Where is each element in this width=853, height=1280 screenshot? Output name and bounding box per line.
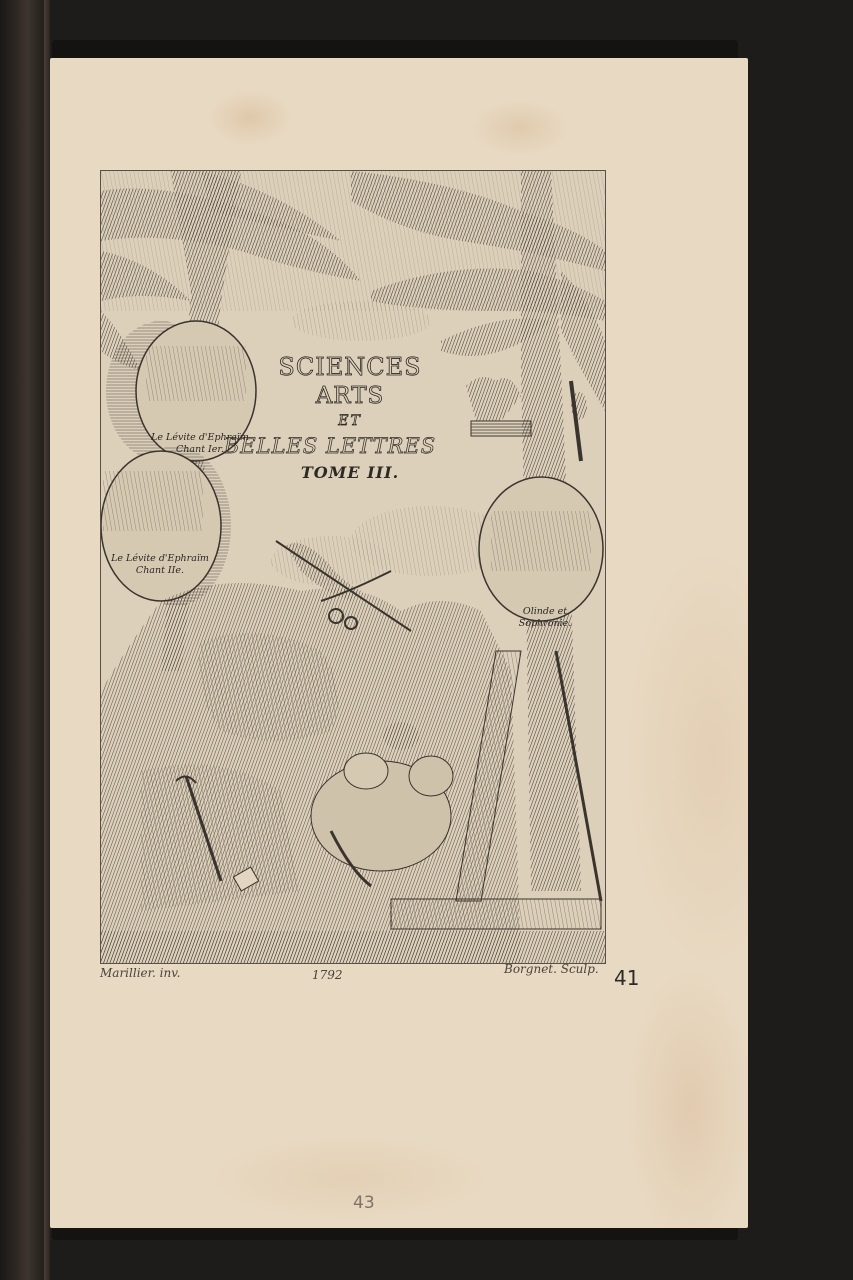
publication-year: 1792 [312,968,343,982]
medallion-olinde-sophronie [479,477,603,621]
medallion-3-title: Olinde et [495,606,595,618]
medallion-1-title: Le Lévite d'Ephraïm [140,432,260,444]
title-arts: ARTS [240,382,460,410]
title-et: ET [240,410,460,432]
book-spine [0,0,50,1280]
medallion-3-subtitle: Sophronie. [495,618,595,630]
medallion-1-chant: Chant Ier. [140,444,260,456]
plate-number: 41 [614,966,639,990]
medallion-caption-3: Olinde et Sophronie. [495,606,595,630]
medallion-caption-1: Le Lévite d'Ephraïm Chant Ier. [140,432,260,456]
title-sciences: SCIENCES [240,352,460,382]
pencil-page-number: 43 [353,1193,375,1213]
title-block: SCIENCES ARTS ET BELLES LETTRES TOME III… [240,352,460,486]
engraver-credit: Borgnet. Sculp. [504,962,599,976]
medallion-caption-2: Le Lévite d'Ephraïm Chant IIe. [100,553,220,577]
medallion-2-title: Le Lévite d'Ephraïm [100,553,220,565]
title-tome: TOME III. [240,460,460,486]
medallion-2-chant: Chant IIe. [100,565,220,577]
medallion-levite-chant-2 [101,446,231,606]
designer-credit: Marillier. inv. [100,966,180,980]
